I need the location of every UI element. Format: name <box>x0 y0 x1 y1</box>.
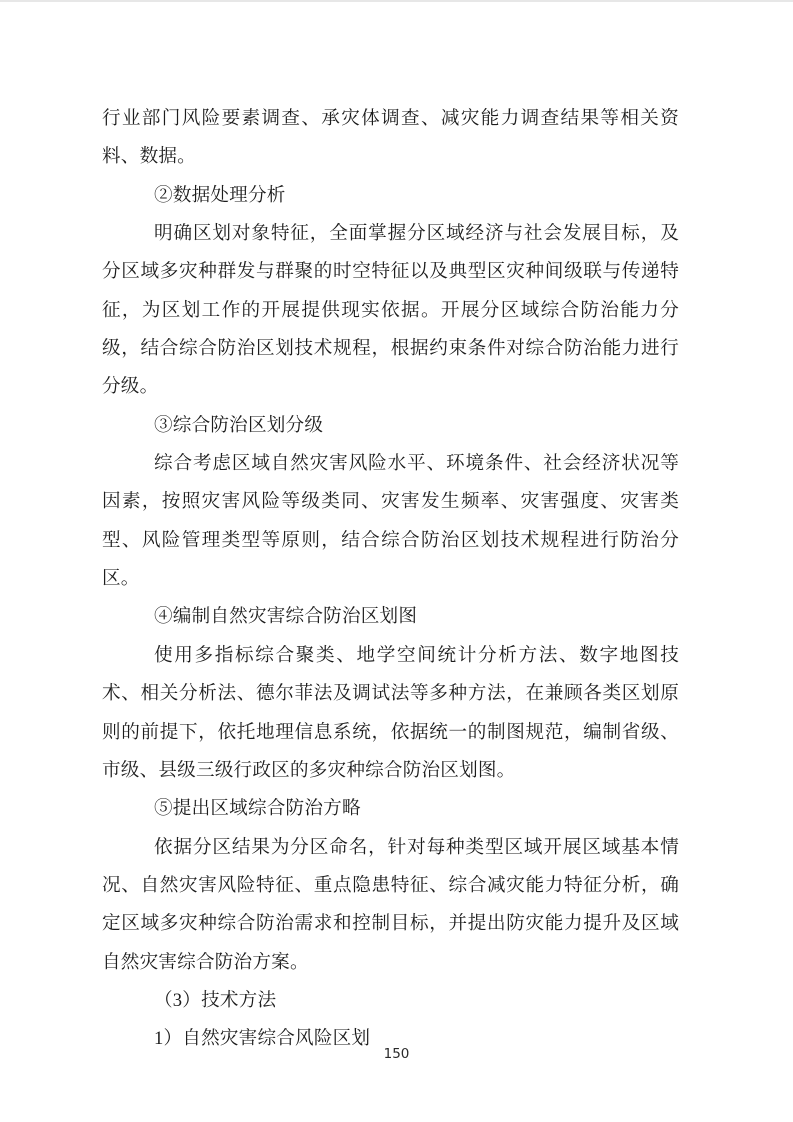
paragraph: 行业部门风险要素调查、承灾体调查、减灾能力调查结果等相关资料、数据。 <box>102 100 679 177</box>
section-heading: ⑤提出区域综合防治方略 <box>102 790 679 828</box>
paragraph: 依据分区结果为分区命名，针对每种类型区域开展区域基本情况、自然灾害风险特征、重点… <box>102 829 679 982</box>
document-page: 行业部门风险要素调查、承灾体调查、减灾能力调查结果等相关资料、数据。②数据处理分… <box>0 0 793 1122</box>
paragraph: 综合考虑区域自然灾害风险水平、环境条件、社会经济状况等因素，按照灾害风险等级类同… <box>102 445 679 598</box>
section-heading: ④编制自然灾害综合防治区划图 <box>102 598 679 636</box>
document-body: 行业部门风险要素调查、承灾体调查、减灾能力调查结果等相关资料、数据。②数据处理分… <box>102 100 679 1059</box>
section-heading: ②数据处理分析 <box>102 177 679 215</box>
section-heading: （3）技术方法 <box>102 982 679 1020</box>
paragraph: 明确区划对象特征，全面掌握分区域经济与社会发展目标，及分区域多灾种群发与群聚的时… <box>102 215 679 407</box>
page-top-edge <box>0 0 793 2</box>
page-number: 150 <box>0 1046 793 1062</box>
section-heading: ③综合防治区划分级 <box>102 407 679 445</box>
paragraph: 使用多指标综合聚类、地学空间统计分析方法、数字地图技术、相关分析法、德尔菲法及调… <box>102 637 679 790</box>
